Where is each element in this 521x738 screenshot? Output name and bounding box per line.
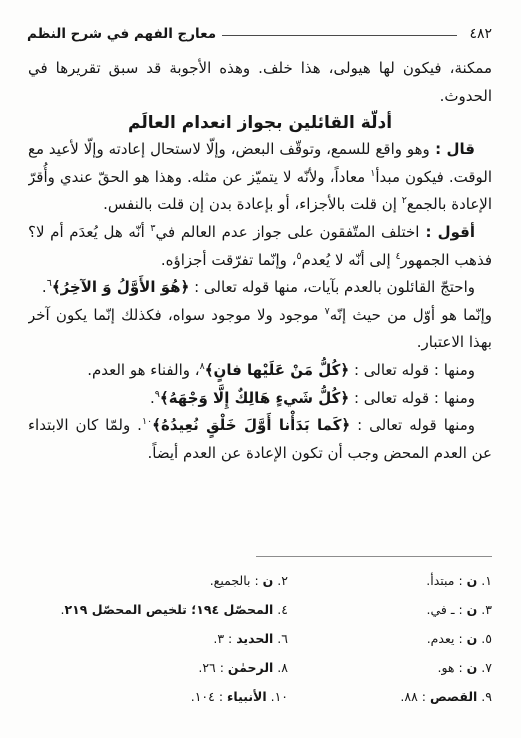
innama-paragraph: وإنّما هو أوّل من حيث إنّه٧ موجود ولا مو…: [28, 302, 492, 357]
footnote-cell-left: ١٠. الأنبياء : ١٠٤.: [28, 682, 288, 711]
footnote-cell-right: ٥. ن : يعدم.: [288, 624, 492, 653]
footnote-entry: ٦. الحديد : ٣.: [213, 631, 288, 646]
footnotes-section: ١. ن : مبتدأ.٢. ن : بالجميع.٣. ن : ـ في.…: [28, 548, 492, 711]
footnote-text: : يعدم.: [427, 631, 467, 646]
book-title: معارج الفهم في شرح النظم: [27, 26, 216, 42]
footnote-cell-right: ٧. ن : هو.: [288, 653, 492, 682]
footnote-text: : بالجميع.: [210, 573, 263, 588]
footnote-source: الرحمٰن: [228, 660, 273, 675]
quran-verse: ﴿كُلُّ شَيءٍ هَالِكٌ إِلَّا وَجْهَهُ﴾: [160, 389, 349, 407]
footnote-cell-right: ١. ن : مبتدأ.: [288, 566, 492, 595]
aqulu-paragraph: أقول : اختلف المتّفقون على جواز عدم العا…: [28, 219, 492, 274]
footnote-cell-left: ٢. ن : بالجميع.: [28, 566, 288, 595]
footnote-source: الأنبياء: [227, 689, 267, 704]
footnote-number: ٥.: [477, 631, 492, 646]
footnote-text: : هو.: [437, 660, 466, 675]
footnote-entry: ٣. ن : ـ في.: [426, 602, 492, 617]
footnote-entry: ٢. ن : بالجميع.: [210, 573, 288, 588]
footnote-number: ١٠.: [267, 689, 288, 704]
footnote-entry: ١. ن : مبتدأ.: [426, 573, 492, 588]
footnote-text: : ـ في.: [426, 602, 466, 617]
footnote-number: ١.: [477, 573, 492, 588]
text-run: ، وإنّما تفرّقت أجزاؤه.: [161, 251, 297, 269]
text-run: قال :: [430, 140, 475, 158]
footnote-source: ن: [467, 631, 478, 646]
footnote-text: : ١٠٤.: [191, 689, 227, 704]
quran-verse: ﴿كَما بَدَأْنا أَوَّلَ خَلْقٍ نُعِيدُهُ﴾: [152, 416, 350, 434]
footnote-text: : ٨٨.: [400, 689, 430, 704]
footnote-separator: [256, 556, 492, 557]
footnote-text: : مبتدأ.: [426, 573, 466, 588]
footnote-number: ٣.: [477, 602, 492, 617]
footnote-text: : ٣.: [213, 631, 236, 646]
quran-verse: ﴿كُلُّ مَنْ عَلَيْها فانٍ﴾: [205, 361, 349, 379]
footnote-number: ٤.: [273, 602, 288, 617]
footnote-entry: ٩. القصص : ٨٨.: [400, 689, 492, 704]
footnote-text: : ٢٦.: [198, 660, 228, 675]
text-run: واحتجّ القائلون بالعدم بآيات، منها قوله …: [189, 278, 475, 296]
footnote-entry: ٧. ن : هو.: [437, 660, 492, 675]
footnote-source: القصص: [430, 689, 477, 704]
text-run: ، والفناء هو العدم.: [87, 361, 199, 379]
footnote-number: ٨.: [273, 660, 288, 675]
footnote-row: ٩. القصص : ٨٨.١٠. الأنبياء : ١٠٤.: [28, 682, 492, 711]
text-run: إن قلت بالأجزاء، أو بإعادة بدن إن قلت با…: [103, 195, 402, 213]
footnote-source: الحديد: [236, 631, 273, 646]
verse-paragraph-halik: ومنها : قوله تعالى : ﴿كُلُّ شَيءٍ هَالِك…: [28, 385, 492, 413]
text-run: وإنّما هو أوّل من حيث إنّه: [330, 306, 492, 324]
text-run: إلى أنّه لا يُعدم: [302, 251, 396, 269]
footnote-cell-left: ٤. المحصّل ١٩٤؛ تلخيص المحصّل ٢١٩.: [28, 595, 288, 624]
paragraph-continuation: ممكنة، فيكون لها هيولى، هذا خلف. وهذه ال…: [28, 55, 492, 110]
footnote-entry: ١٠. الأنبياء : ١٠٤.: [191, 689, 288, 704]
header-rule: [222, 35, 457, 36]
quran-verse: ﴿هُوَ الأَوَّلُ وَ الآخِرُ﴾: [52, 278, 189, 296]
running-header: ٤٨٢ معارج الفهم في شرح النظم: [27, 26, 492, 42]
body-text: ممكنة، فيكون لها هيولى، هذا خلف. وهذه ال…: [28, 55, 492, 467]
footnote-number: ٢.: [273, 573, 288, 588]
footnote-source: ن: [467, 602, 478, 617]
footnote-entry: ٨. الرحمٰن : ٢٦.: [198, 660, 288, 675]
footnote-row: ٥. ن : يعدم.٦. الحديد : ٣.: [28, 624, 492, 653]
verse-paragraph-nuiduhu: ومنها قوله تعالى : ﴿كَما بَدَأْنا أَوَّل…: [28, 412, 492, 467]
text-run: ومنها : قوله تعالى :: [349, 389, 475, 407]
text-run: ومنها قوله تعالى :: [350, 416, 475, 434]
verse-paragraph-fan: ومنها : قوله تعالى : ﴿كُلُّ مَنْ عَلَيْه…: [28, 357, 492, 385]
footnote-row: ٣. ن : ـ في.٤. المحصّل ١٩٤؛ تلخيص المحصّ…: [28, 595, 492, 624]
text-run: اختلف المتّفقون على جواز عدم العالم في: [156, 223, 420, 241]
qala-paragraph: قال : وهو واقع للسمع، وتوقّف البعض، وإلّ…: [28, 136, 492, 219]
text-run: ومنها : قوله تعالى :: [349, 361, 475, 379]
footnote-source: ن: [263, 573, 274, 588]
footnote-source: ن: [467, 573, 478, 588]
text-run: ممكنة، فيكون لها هيولى، هذا خلف. وهذه ال…: [28, 59, 492, 105]
footnote-cell-right: ٩. القصص : ٨٨.: [288, 682, 492, 711]
text-run: أقول :: [419, 223, 475, 241]
footnote-source: ن: [467, 660, 478, 675]
footnote-number: ٧.: [477, 660, 492, 675]
footnote-cell-right: ٣. ن : ـ في.: [288, 595, 492, 624]
footnote-number: ٦.: [273, 631, 288, 646]
footnote-cell-left: ٨. الرحمٰن : ٢٦.: [28, 653, 288, 682]
footnote-source: المحصّل ١٩٤؛ تلخيص المحصّل ٢١٩: [64, 602, 273, 617]
book-page: ٤٨٢ معارج الفهم في شرح النظم ممكنة، فيكو…: [0, 0, 521, 738]
footnote-row: ١. ن : مبتدأ.٢. ن : بالجميع.: [28, 566, 492, 595]
ihtijaj-paragraph: واحتجّ القائلون بالعدم بآيات، منها قوله …: [28, 274, 492, 302]
footnote-marker: ١٠: [142, 416, 152, 427]
footnote-grid: ١. ن : مبتدأ.٢. ن : بالجميع.٣. ن : ـ في.…: [28, 566, 492, 711]
footnote-row: ٧. ن : هو.٨. الرحمٰن : ٢٦.: [28, 653, 492, 682]
footnote-entry: ٤. المحصّل ١٩٤؛ تلخيص المحصّل ٢١٩.: [61, 602, 289, 617]
footnote-number: ٩.: [477, 689, 492, 704]
footnote-cell-left: ٦. الحديد : ٣.: [28, 624, 288, 653]
section-heading: أدلّة القائلين بجواز انعدام العالَم: [28, 110, 492, 136]
text-run: أدلّة القائلين بجواز انعدام العالَم: [128, 113, 392, 133]
footnote-entry: ٥. ن : يعدم.: [427, 631, 492, 646]
page-number: ٤٨٢: [461, 26, 492, 42]
